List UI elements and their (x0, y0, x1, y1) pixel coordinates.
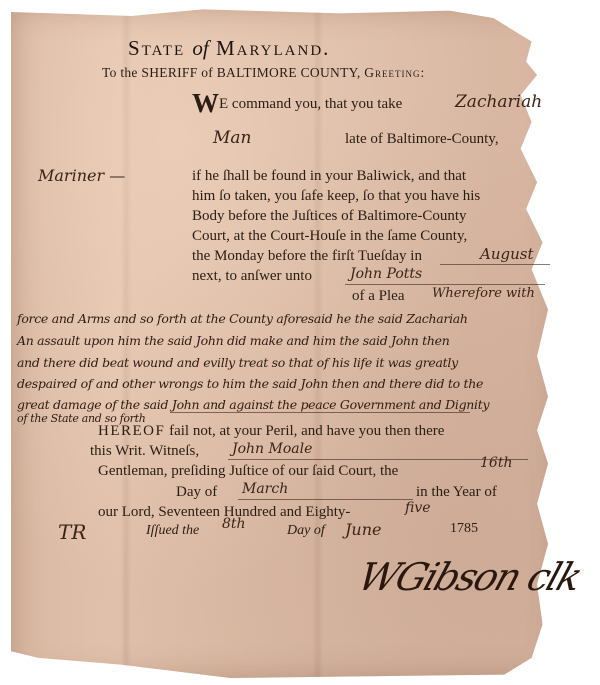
body-line-5: the Monday before the firſt Tueſday in (192, 245, 422, 267)
gentleman-text: Gentleman, preſiding Juſtice of our ſaid… (98, 460, 398, 482)
writ-text: this Writ. Witneſs, (90, 440, 199, 462)
handwritten-line-2: An assault upon him the said John did ma… (17, 333, 450, 348)
court-month: August (480, 245, 533, 263)
occupation: Mariner — (38, 166, 125, 185)
witness-month: March (242, 481, 288, 497)
issued-prefix: Iſſued the (146, 523, 199, 539)
address-line: To the SHERIFF of BALTIMORE COUNTY, Gree… (102, 65, 425, 81)
witness-day: 16th (480, 455, 512, 471)
defendant-first-name: Zachariah (455, 92, 542, 112)
address-prefix: To the (102, 65, 138, 80)
title-state: State (128, 36, 185, 60)
plea-handwritten-start: Wherefore with (432, 286, 535, 301)
fill-line (440, 264, 550, 265)
answer-prefix: next, to anſwer unto (192, 265, 312, 287)
issued-day: 8th (222, 516, 246, 532)
clerk-signature: WGibson clk (353, 555, 587, 599)
command-initial: W (192, 88, 219, 118)
handwritten-line-4: despaired of and other wrongs to him the… (17, 376, 483, 391)
body-line-2: him ſo taken, you ſafe keep, ſo that you… (192, 185, 480, 207)
defendant-surname: Man (213, 128, 252, 148)
fill-line (170, 412, 470, 413)
document-title: State of Maryland. (128, 36, 330, 61)
body-line-4: Court, at the Court-Houſe in the ſame Co… (192, 225, 467, 247)
handwritten-line-5: great damage of the said John and agains… (17, 397, 489, 412)
witness-name: John Moale (232, 441, 312, 457)
body-line-3: Body before the Juſtices of Baltimore-Co… (192, 205, 467, 227)
day-of: Day of (176, 481, 217, 503)
late-of: late of Baltimore-County, (345, 128, 499, 150)
hereof-line: HEREOF fail not, at your Peril, and have… (98, 420, 444, 442)
greeting: Greeting: (364, 65, 425, 80)
body-line-1: if he ſhall be found in your Baliwick, a… (192, 165, 466, 187)
year-word: five (405, 500, 431, 516)
issued-year: 1785 (450, 521, 478, 537)
command-line: WE command you, that you take (192, 92, 402, 115)
plaintiff-name: John Potts (350, 266, 422, 282)
command-text: E command you, that you take (219, 96, 402, 112)
hereof-text: fail not, at your Peril, and have you th… (169, 423, 444, 439)
issued-month: June (345, 520, 382, 539)
clerk-initials: TR (58, 520, 86, 544)
handwritten-line-3: and there did beat wound and evilly trea… (17, 355, 458, 370)
hereof-initial: HEREOF (98, 423, 165, 439)
title-of: of (192, 36, 208, 60)
title-maryland: Maryland. (216, 36, 330, 60)
address-office: SHERIFF of BALTIMORE COUNTY, (141, 65, 360, 80)
plea-prefix: of a Plea (352, 285, 404, 307)
issued-day-of: Day of (287, 523, 325, 539)
handwritten-line-1: force and Arms and so forth at the Count… (17, 311, 468, 326)
fill-line (238, 499, 413, 500)
